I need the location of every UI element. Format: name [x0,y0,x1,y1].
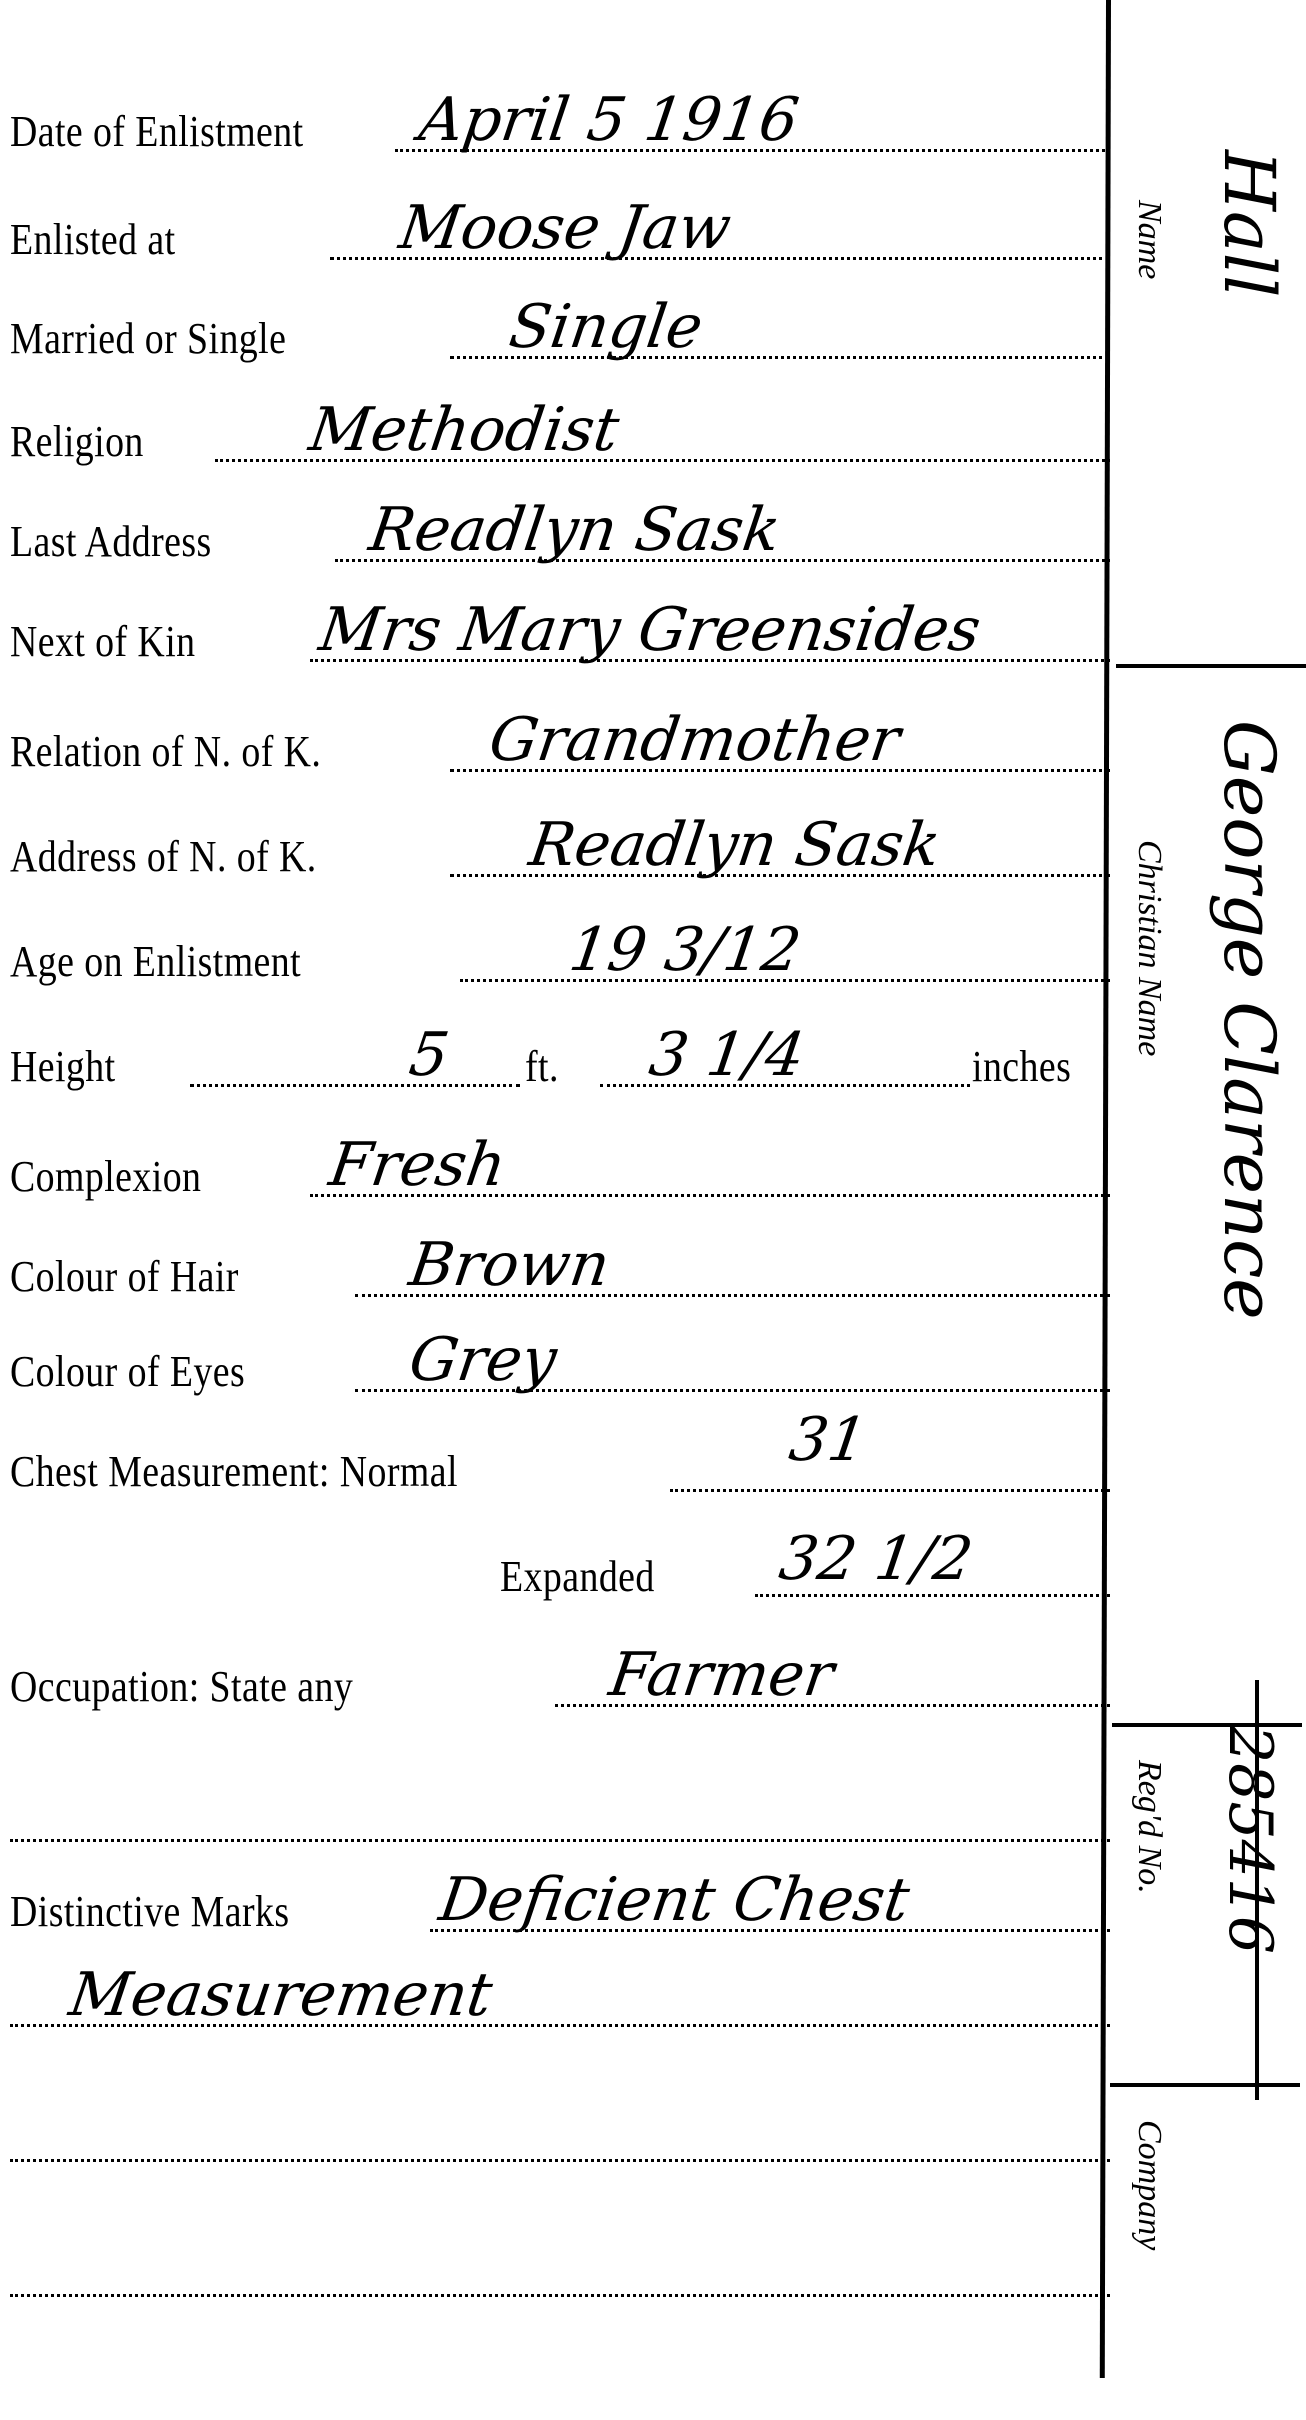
field-label: Address of N. of K. [10,835,317,879]
field-value: 31 [786,1410,871,1470]
field-religion: Religion Methodist [10,410,1110,470]
field-value: Deficient Chest [436,1870,913,1930]
feet-label: ft. [525,1045,559,1089]
company-divider [1110,2083,1300,2087]
field-height: Height 5 ft. 3 1/4 inches [10,1035,1110,1095]
field-complexion: Complexion Fresh [10,1145,1110,1205]
field-distinctive-marks-line-2: Measurement [10,1975,1110,2035]
field-label: Age on Enlistment [10,940,301,984]
field-date-of-enlistment: Date of Enlistment April 5 1916 [10,100,1110,160]
field-enlisted-at: Enlisted at Moose Jaw [10,208,1110,268]
field-next-of-kin: Next of Kin Mrs Mary Greensides [10,610,1110,670]
field-label: Colour of Eyes [10,1350,245,1394]
field-label: Expanded [500,1555,655,1599]
height-inches-value: 3 1/4 [646,1025,808,1085]
field-label: Occupation: State any [10,1665,353,1709]
field-label: Colour of Hair [10,1255,239,1299]
field-label: Next of Kin [10,620,195,664]
field-value: Fresh [326,1135,510,1195]
name-divider [1116,664,1306,668]
dotted-line [190,1084,520,1087]
height-feet-value: 5 [406,1025,453,1085]
field-value: Grandmother [486,710,904,770]
field-value: 19 3/12 [566,920,805,980]
field-address-of-nok: Address of N. of K. Readlyn Sask [10,825,1110,885]
field-value: Measurement [66,1965,496,2025]
field-label: Enlisted at [10,218,176,262]
inches-label: inches [972,1045,1071,1089]
field-value: Grey [406,1330,560,1390]
regd-no-value: 285416 [1215,1725,1285,1954]
regd-no-label: Reg'd No. [1130,1760,1168,1894]
field-chest-expanded: Expanded 32 1/2 [10,1545,1110,1605]
field-last-address: Last Address Readlyn Sask [10,510,1110,570]
field-label: Married or Single [10,317,286,361]
field-occupation-line-2 [10,1790,1110,1850]
christian-name-label: Christian Name [1130,840,1168,1056]
dotted-line [755,1594,1110,1597]
field-label: Last Address [10,520,212,564]
field-married-or-single: Married or Single Single [10,307,1110,367]
field-colour-of-hair: Colour of Hair Brown [10,1245,1110,1305]
field-label: Chest Measurement: Normal [10,1450,458,1494]
dotted-line [10,2294,1110,2297]
field-value: Brown [406,1235,613,1295]
field-label: Complexion [10,1155,201,1199]
surname-value: Hall [1208,150,1290,298]
field-distinctive-marks: Distinctive Marks Deficient Chest [10,1880,1110,1940]
field-colour-of-eyes: Colour of Eyes Grey [10,1340,1110,1400]
field-chest-normal: Chest Measurement: Normal 31 [10,1440,1110,1500]
field-value: Moose Jaw [396,198,735,258]
field-label: Distinctive Marks [10,1890,290,1934]
name-label: Name [1130,200,1168,279]
field-label: Religion [10,420,144,464]
field-value: Methodist [306,400,623,460]
dotted-line [10,2159,1110,2162]
dotted-line [670,1489,1110,1492]
christian-name-value: George Clarence [1208,720,1290,1320]
field-label: Date of Enlistment [10,110,304,154]
field-occupation: Occupation: State any Farmer [10,1655,1110,1715]
field-value: Readlyn Sask [526,815,944,875]
field-value: Mrs Mary Greensides [316,600,984,660]
field-value: Single [506,297,706,357]
field-label: Relation of N. of K. [10,730,321,774]
field-value: Farmer [606,1645,838,1705]
field-label: Height [10,1045,116,1089]
field-value: April 5 1916 [416,90,802,150]
field-age-on-enlistment: Age on Enlistment 19 3/12 [10,930,1110,990]
field-relation-of-nok: Relation of N. of K. Grandmother [10,720,1110,780]
field-value: Readlyn Sask [366,500,784,560]
field-value: 32 1/2 [776,1529,976,1589]
blank-line [10,2110,1110,2170]
dotted-line [10,1839,1110,1842]
blank-line [10,2245,1110,2305]
company-label: Company [1130,2120,1168,2250]
